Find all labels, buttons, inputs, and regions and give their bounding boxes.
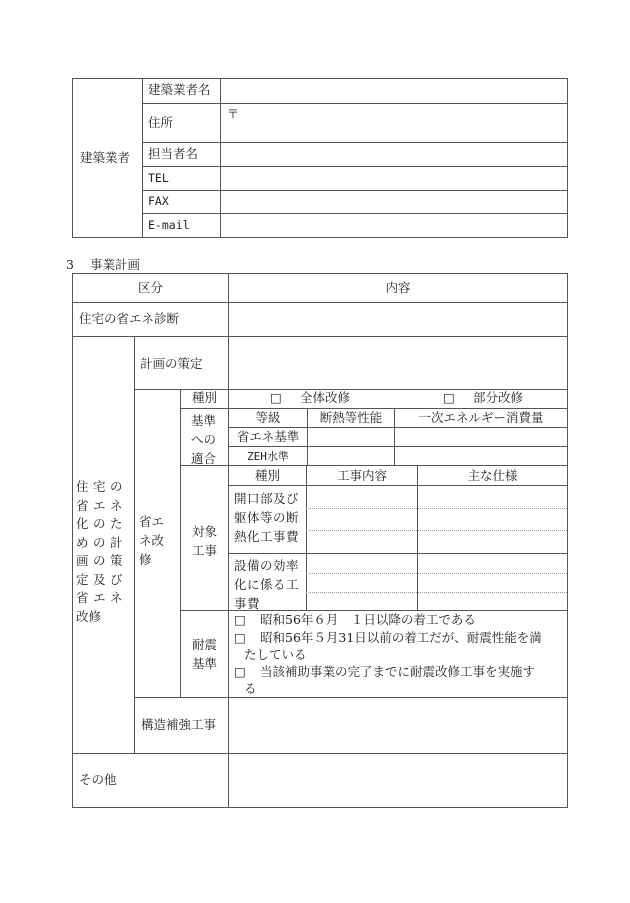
insulation-header: 断熱等性能 <box>308 411 394 425</box>
fax-label: FAX <box>148 196 169 208</box>
standard-compliance-label: 基準 への 適合 <box>191 411 231 468</box>
equipment-content-field-1[interactable] <box>307 554 417 573</box>
plan-formulation-field[interactable] <box>229 337 567 389</box>
work-type-header: 種別 <box>229 469 306 483</box>
diagnosis-field[interactable] <box>229 303 567 336</box>
equipment-content-field-3[interactable] <box>307 593 417 610</box>
table-border <box>72 237 568 238</box>
equipment-spec-field-3[interactable] <box>418 593 567 610</box>
energy-standard-insulation-field[interactable] <box>308 428 394 446</box>
seismic-standard-label: 耐震 基準 <box>192 635 232 673</box>
whole-renovation-checkbox[interactable]: □ 全体改修 <box>270 391 390 407</box>
equipment-work-type: 設備の効率 化に係る工 事費 <box>234 556 306 613</box>
email-label: E-mail <box>148 220 190 232</box>
email-field[interactable] <box>221 214 567 237</box>
section-title: 事業計画 <box>90 259 140 272</box>
row-divider <box>180 408 568 409</box>
table-border <box>72 807 568 808</box>
type-label: 種別 <box>192 392 217 405</box>
work-content-header: 工事内容 <box>307 469 417 483</box>
contractor-name-label: 建築業者名 <box>148 84 211 97</box>
checkbox-icon: □ <box>234 614 246 627</box>
seismic-option-retrofit-planned[interactable]: □ 当該補助事業の完了までに耐震改修工事を実施す る <box>234 664 564 698</box>
header-content: 内容 <box>229 281 567 295</box>
header-category: 区分 <box>73 281 228 295</box>
row-divider <box>180 465 568 466</box>
partial-renovation-checkbox[interactable]: □ 部分改修 <box>443 391 563 407</box>
zeh-energy-field[interactable] <box>395 447 567 465</box>
energy-standard-label: 省エネ基準 <box>229 430 307 444</box>
table-border <box>72 273 73 807</box>
energy-renovation-label: 省エ ネ改 修 <box>139 512 179 569</box>
contact-person-field[interactable] <box>221 143 567 166</box>
energy-standard-energy-field[interactable] <box>395 428 567 446</box>
insulation-content-field-1[interactable] <box>307 486 417 508</box>
insulation-spec-field-1[interactable] <box>418 486 567 508</box>
column-divider <box>134 336 135 753</box>
postal-mark: 〒 <box>227 108 239 120</box>
insulation-spec-field-3[interactable] <box>418 531 567 553</box>
fax-field[interactable] <box>221 191 567 213</box>
other-field[interactable] <box>229 754 567 807</box>
table-border <box>72 78 73 237</box>
insulation-content-field-3[interactable] <box>307 531 417 553</box>
insulation-content-field-2[interactable] <box>307 509 417 530</box>
diagnosis-label: 住宅の省エネ診断 <box>79 313 179 326</box>
other-label: その他 <box>79 774 117 787</box>
checkbox-icon: □ <box>234 632 246 645</box>
table-border <box>72 273 568 274</box>
section-number: 3 <box>66 259 74 272</box>
target-work-label: 対象 工事 <box>192 522 232 560</box>
zeh-insulation-field[interactable] <box>308 447 394 465</box>
insulation-spec-field-2[interactable] <box>418 509 567 530</box>
contractor-group-label: 建築業者 <box>80 152 130 165</box>
column-divider <box>228 610 229 697</box>
primary-energy-header: 一次エネルギー消費量 <box>395 411 567 425</box>
structural-reinforcement-field[interactable] <box>229 698 567 753</box>
table-border <box>567 273 568 807</box>
main-spec-header: 主な仕様 <box>418 469 567 483</box>
structural-reinforcement-label: 構造補強工事 <box>141 719 216 732</box>
checkbox-icon: □ <box>443 392 455 405</box>
checkbox-icon: □ <box>234 666 246 679</box>
seismic-option-before-1981-compliant[interactable]: □ 昭和56年５月31日以前の着工だが、耐震性能を満 たしている <box>234 630 564 664</box>
zeh-level-label: ZEH水準 <box>229 450 307 464</box>
tel-field[interactable] <box>221 167 567 190</box>
contact-person-label: 担当者名 <box>148 148 198 161</box>
plan-formulation-label: 計画の策定 <box>140 358 203 371</box>
column-divider <box>228 465 229 610</box>
seismic-option-after-1981[interactable]: □ 昭和56年６月 １日以降の着工である <box>234 612 564 630</box>
address-field[interactable]: 〒 <box>221 104 567 142</box>
address-label: 住所 <box>148 117 173 130</box>
equipment-content-field-2[interactable] <box>307 574 417 592</box>
checkbox-icon: □ <box>270 392 282 405</box>
grade-header: 等級 <box>229 411 307 425</box>
tel-label: TEL <box>148 173 169 185</box>
energy-renovation-group-label: 住宅の 省エネ 化のた めの計 画の策 定及び 省エネ 改修 <box>76 478 132 626</box>
equipment-spec-field-1[interactable] <box>418 554 567 573</box>
contractor-name-field[interactable] <box>221 79 567 103</box>
insulation-work-type: 開口部及び 躯体等の断 熱化工事費 <box>234 489 306 546</box>
column-divider <box>180 389 181 697</box>
equipment-spec-field-2[interactable] <box>418 574 567 592</box>
